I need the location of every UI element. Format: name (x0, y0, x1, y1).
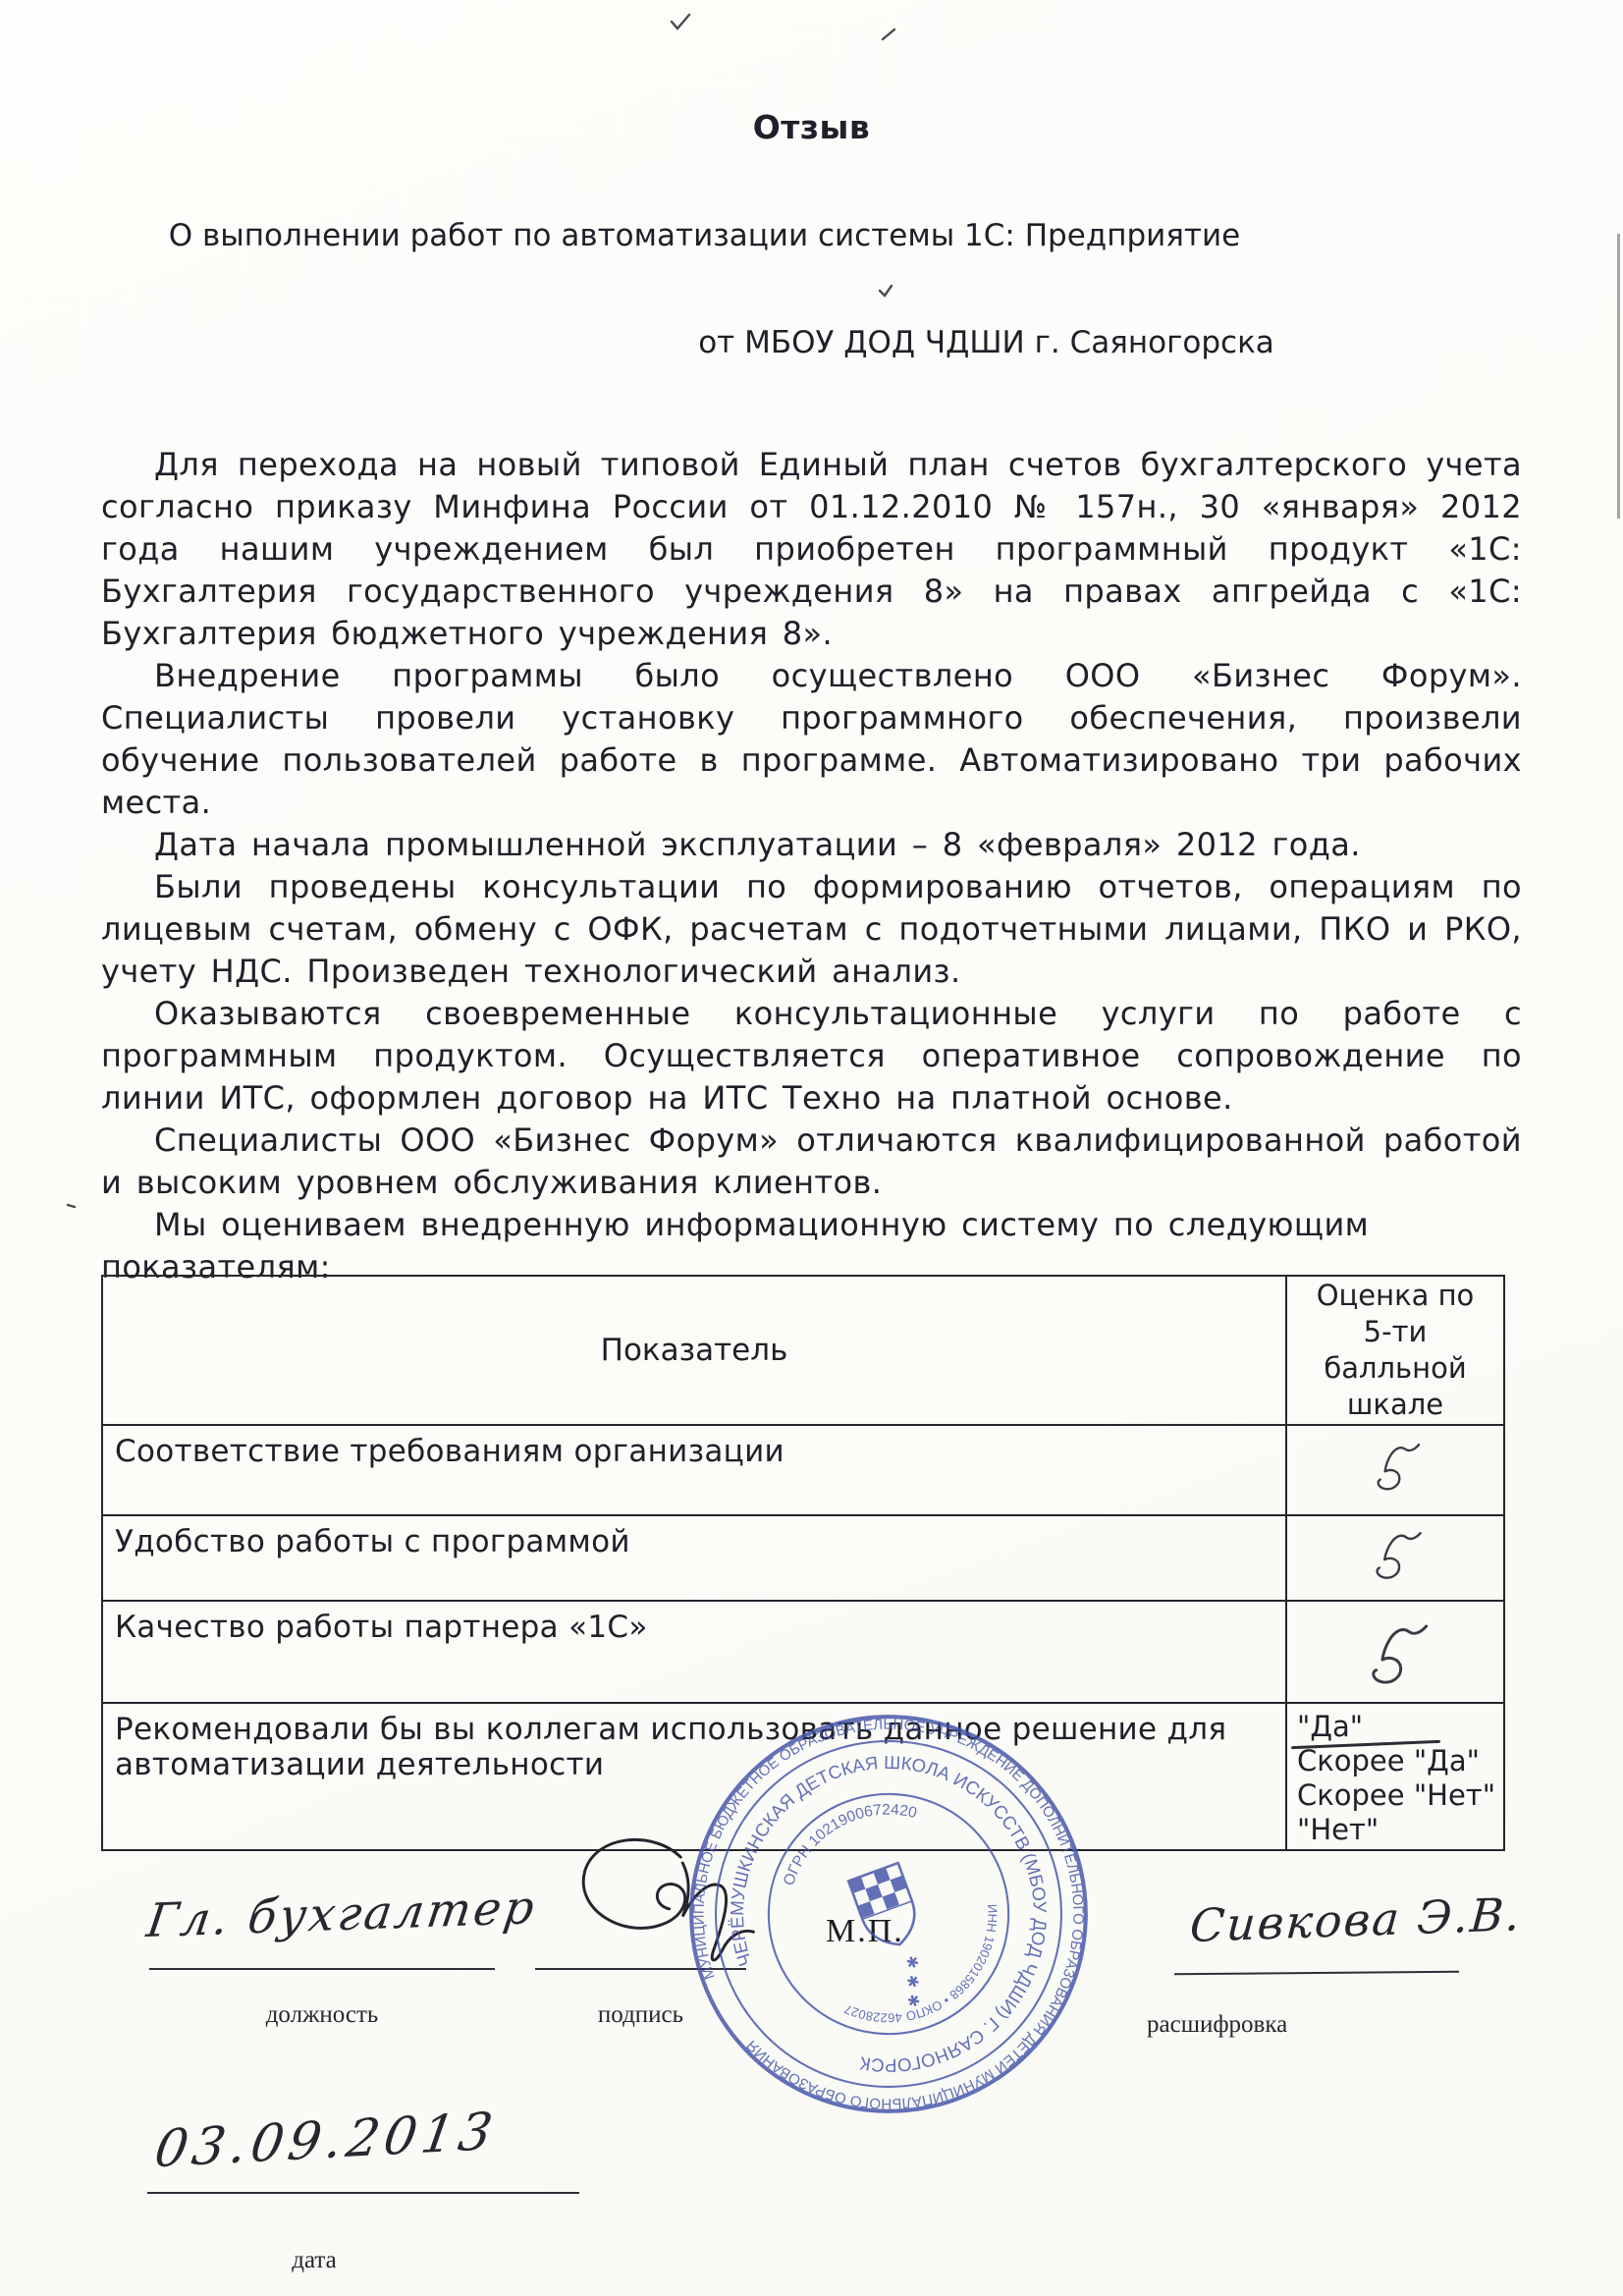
paragraph-5: Оказываются своевременные консультационн… (101, 993, 1522, 1120)
stamp-middle-ring-text: ЧЕРЁМУШКИНСКАЯ ДЕТСКАЯ ШКОЛА ИСКУССТВ (М… (680, 1706, 1096, 2121)
document-from-line: от МБОУ ДОД ЧДШИ г. Саяногорска (175, 325, 1623, 360)
scan-artifact-mark (880, 26, 899, 43)
option-rather-no: Скорее "Нет" (1297, 1778, 1503, 1813)
handwritten-score-5 (1363, 1439, 1428, 1498)
scan-artifact-checkmark (670, 12, 693, 33)
handwritten-score-5 (1363, 1526, 1428, 1585)
table-row: Соответствие требованиям организации (102, 1425, 1504, 1515)
table-header-row: Показатель Оценка по 5-ти балльной шкале (102, 1276, 1504, 1425)
svg-text:✱: ✱ (904, 1972, 922, 1992)
handwritten-score-5 (1355, 1620, 1436, 1691)
score-cell (1286, 1515, 1504, 1601)
table-row: Качество работы партнера «1С» (102, 1601, 1504, 1703)
column-header-indicator: Показатель (102, 1276, 1286, 1425)
svg-text:✱: ✱ (904, 1953, 922, 1973)
scanned-document-page: Отзыв О выполнении работ по автоматизаци… (0, 0, 1623, 2296)
name-line (1174, 1971, 1459, 1976)
options-cell: "Да" Скорее "Да" Скорее "Нет" "Нет" (1286, 1703, 1504, 1850)
position-line (149, 1968, 495, 1970)
paragraph-1: Для перехода на новый типовой Единый пла… (101, 444, 1522, 655)
row-label: Соответствие требованиям организации (102, 1425, 1286, 1515)
paragraph-4: Были проведены консультации по формирова… (101, 866, 1522, 993)
document-subtitle: О выполнении работ по автоматизации сист… (0, 218, 1516, 253)
handwritten-date: 03.09.2013 (150, 2103, 501, 2180)
handwritten-position: Гл. бухгалтер (143, 1881, 540, 1948)
option-no: "Нет" (1297, 1813, 1503, 1847)
document-body: Для перехода на новый типовой Единый пла… (101, 444, 1522, 1288)
row-label: Качество работы партнера «1С» (102, 1601, 1286, 1703)
column-header-score-text: Оценка по 5-ти балльной шкале (1312, 1278, 1479, 1423)
paragraph-6: Специалисты ООО «Бизнес Форум» отличаютс… (101, 1120, 1522, 1204)
scan-artifact-dot (65, 1198, 81, 1212)
paragraph-3: Дата начала промышленной эксплуатации – … (101, 824, 1522, 866)
document-title: Отзыв (0, 108, 1623, 146)
position-label: должность (149, 2001, 495, 2029)
scan-edge-streak (1617, 234, 1620, 519)
date-label: дата (147, 2247, 481, 2274)
row-label: Удобство работы с программой (102, 1515, 1286, 1601)
date-line (147, 2192, 579, 2194)
handwritten-name: Сивкова Э.В. (1188, 1887, 1523, 1952)
score-cell (1286, 1425, 1504, 1515)
scan-artifact-mark (878, 283, 895, 299)
stamp-emblem-shield (848, 1863, 924, 1953)
option-yes-text: "Да" (1297, 1710, 1363, 1743)
column-header-score: Оценка по 5-ти балльной шкале (1286, 1276, 1504, 1425)
paragraph-2: Внедрение программы было осуществлено ОО… (101, 655, 1522, 824)
option-rather-yes: Скорее "Да" (1297, 1744, 1503, 1778)
table-row: Удобство работы с программой (102, 1515, 1504, 1601)
option-yes: "Да" (1297, 1710, 1503, 1744)
name-label: расшифровка (1147, 2011, 1287, 2039)
score-cell (1286, 1601, 1504, 1703)
